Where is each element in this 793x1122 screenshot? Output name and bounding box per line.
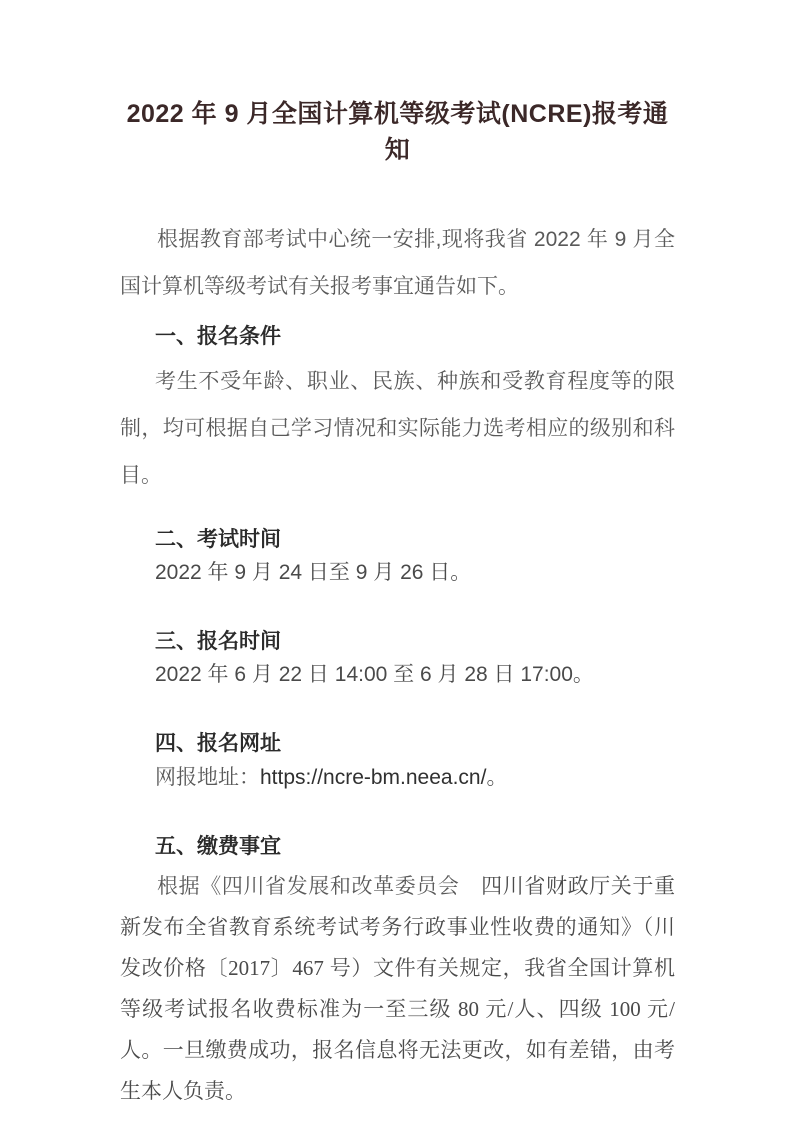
section-body-registration-website: 网报地址：https://ncre-bm.neea.cn/。 xyxy=(120,757,675,798)
section-body-payment: 根据《四川省发展和改革委员会 四川省财政厅关于重新发布全省教育系统考试考务行政事… xyxy=(120,866,675,1112)
registration-url-link[interactable]: https://ncre-bm.neea.cn/ xyxy=(260,766,486,789)
section-body-registration-time: 2022 年 6 月 22 日 14:00 至 6 月 28 日 17:00。 xyxy=(120,655,675,695)
section-heading-registration-website: 四、报名网址 xyxy=(120,731,675,757)
website-suffix: 。 xyxy=(486,765,507,789)
website-label: 网报地址： xyxy=(155,766,260,789)
section-payment: 五、缴费事宜 根据《四川省发展和改革委员会 四川省财政厅关于重新发布全省教育系统… xyxy=(120,834,675,1112)
section-heading-exam-time: 二、考试时间 xyxy=(120,527,675,553)
document-page: 2022 年 9 月全国计算机等级考试(NCRE)报考通知 根据教育部考试中心统… xyxy=(0,0,793,1122)
section-heading-registration-conditions: 一、报名条件 xyxy=(120,324,675,350)
section-registration-conditions: 一、报名条件 考生不受年龄、职业、民族、种族和受教育程度等的限制，均可根据自己学… xyxy=(120,324,675,499)
document-title: 2022 年 9 月全国计算机等级考试(NCRE)报考通知 xyxy=(120,96,675,168)
payment-body-lead: 根据《四川省发展和改革委员会 xyxy=(157,875,460,898)
section-heading-registration-time: 三、报名时间 xyxy=(120,629,675,655)
section-registration-time: 三、报名时间 2022 年 6 月 22 日 14:00 至 6 月 28 日 … xyxy=(120,629,675,695)
section-registration-website: 四、报名网址 网报地址：https://ncre-bm.neea.cn/。 xyxy=(120,731,675,798)
intro-paragraph: 根据教育部考试中心统一安排,现将我省 2022 年 9 月全国计算机等级考试有关… xyxy=(120,216,675,310)
section-body-exam-time: 2022 年 9 月 24 日至 9 月 26 日。 xyxy=(120,553,675,593)
section-heading-payment: 五、缴费事宜 xyxy=(120,834,675,860)
payment-body-rest: 四川省财政厅关于重新发布全省教育系统考试考务行政事业性收费的通知》（川发改价格〔… xyxy=(120,874,675,1103)
section-exam-time: 二、考试时间 2022 年 9 月 24 日至 9 月 26 日。 xyxy=(120,527,675,593)
section-body-registration-conditions: 考生不受年龄、职业、民族、种族和受教育程度等的限制，均可根据自己学习情况和实际能… xyxy=(120,358,675,499)
